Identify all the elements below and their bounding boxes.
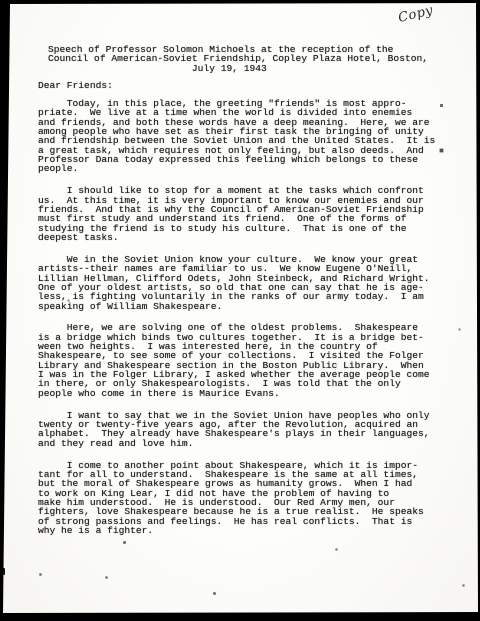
- paragraph-6: I come to another point about Shakespear…: [38, 461, 435, 536]
- scanned-document-screenshot: { "colors": { "paper": "#fdfdfb", "ink":…: [0, 0, 480, 621]
- paragraph-4: Here, we are solving one of the oldest p…: [38, 323, 435, 398]
- paragraph-3: We in the Soviet Union know your culture…: [38, 255, 435, 311]
- paragraph-1: Today, in this place, the greeting "frie…: [38, 99, 435, 174]
- scan-specks: [0, 0, 1, 1]
- scan-edge-mark: [1, 568, 5, 575]
- paragraph-5: I want to say that we in the Soviet Unio…: [38, 411, 435, 448]
- document-body: Today, in this place, the greeting "frie…: [38, 99, 435, 548]
- document-title: Speech of Professor Solomon Michoels at …: [48, 45, 428, 73]
- paragraph-2: I should like to stop for a moment at th…: [38, 186, 435, 242]
- handwritten-copy-annotation: Copy: [397, 3, 435, 26]
- salutation: Dear Friends:: [38, 81, 113, 90]
- scanned-page: Copy Speech of Professor Solomon Michoel…: [0, 0, 480, 621]
